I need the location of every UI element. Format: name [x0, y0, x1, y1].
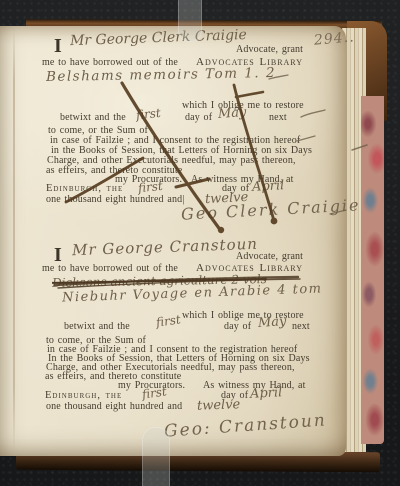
return-day: first [135, 107, 161, 122]
betwixt-label: betwixt and the [60, 113, 126, 123]
printed-initial: I [54, 36, 62, 56]
printed-initial: I [54, 245, 62, 265]
signed-month: April [250, 386, 283, 401]
borrowed-line: me to have borrowed out of the [42, 264, 178, 274]
betwixt-label: betwixt and the [64, 322, 130, 332]
year-line: one thousand eight hundred and [46, 402, 182, 412]
edinburgh-label: Edinburgh, the [46, 184, 123, 195]
advocate-grant-label: Advocate, grant [236, 252, 303, 262]
next-label: next [292, 322, 310, 332]
fore-edge-marbling [361, 96, 384, 444]
signed-day: first [137, 180, 163, 195]
page-crease [13, 28, 15, 452]
book-strap-bottom [142, 427, 170, 486]
signed-month: April [252, 179, 285, 194]
edinburgh-label: Edinburgh, the [45, 391, 122, 402]
page-number: 294.. [313, 30, 355, 47]
year-line: one thousand eight hundred and| [46, 195, 184, 205]
day-of-label: day of [224, 322, 251, 332]
signed-year-word: twelve [197, 398, 241, 413]
return-month: May [258, 315, 287, 330]
book-strap-top [178, 0, 202, 42]
next-label: next [269, 113, 287, 123]
return-day: first [155, 313, 181, 328]
return-month: May [218, 106, 247, 121]
day-of-label: day of [185, 113, 212, 123]
signed-day: first [141, 385, 167, 400]
book-photo: 294.. I Mr George Clerk Craigie Advocate… [0, 0, 400, 486]
advocate-grant-label: Advocate, grant [236, 45, 303, 55]
